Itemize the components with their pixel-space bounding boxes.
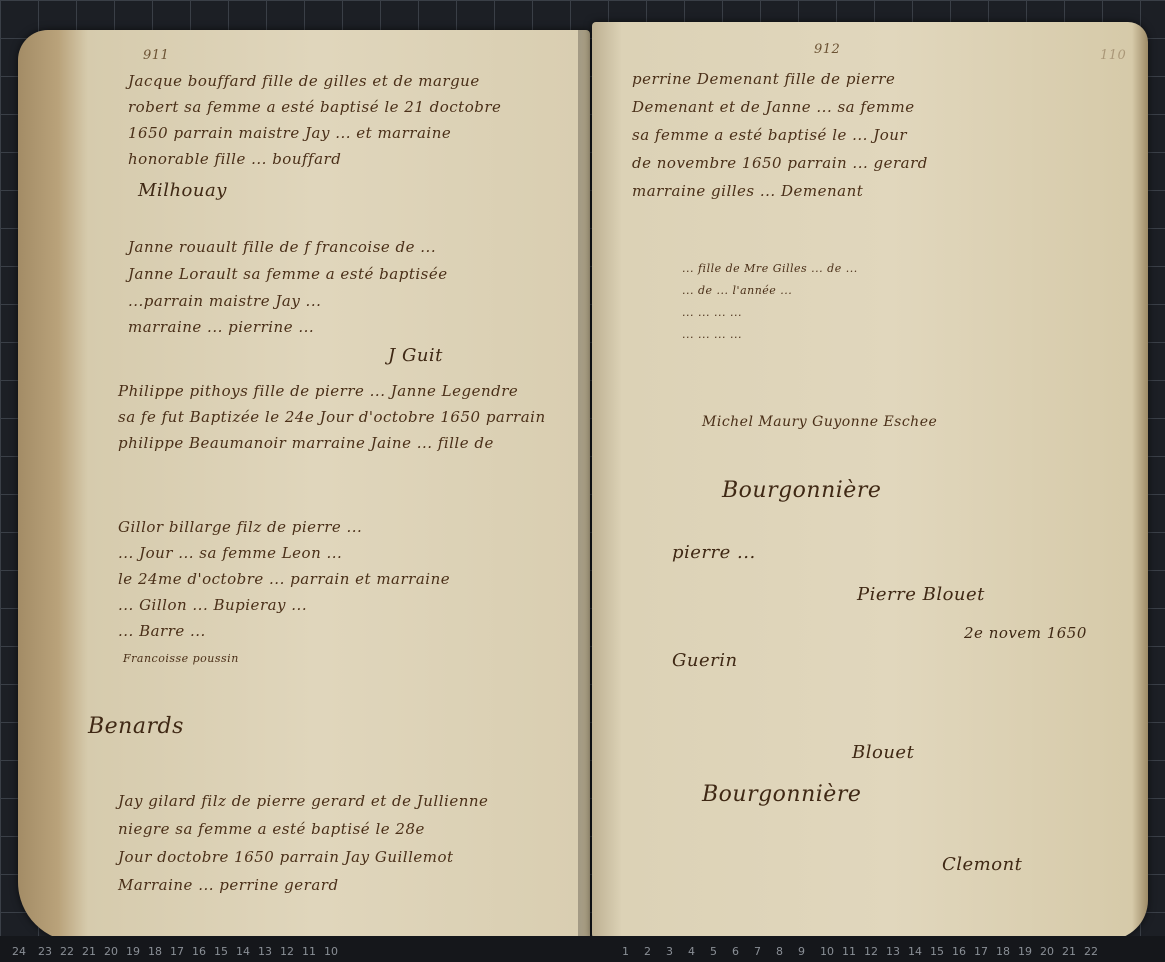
signature: 2e novem 1650 — [964, 624, 1087, 642]
ruler-number: 20 — [1040, 945, 1054, 958]
entry-line: Jay gilard filz de pierre gerard et de J… — [118, 792, 488, 810]
entry-line: ... Gillon ... Bupieray ... — [118, 596, 307, 614]
ruler-number: 2 — [644, 945, 651, 958]
ruler-number: 11 — [842, 945, 856, 958]
ruler-number: 4 — [688, 945, 695, 958]
ruler-number: 13 — [886, 945, 900, 958]
signature: Benards — [88, 714, 184, 739]
entry-line: ... ... ... ... — [682, 306, 742, 319]
ruler-number: 14 — [908, 945, 922, 958]
entry-line: ... Barre ... — [118, 622, 206, 640]
entry-line: Janne rouault fille de f francoise de ..… — [128, 238, 436, 256]
ruler-number: 18 — [996, 945, 1010, 958]
signature: Clemont — [942, 854, 1022, 875]
entry-line: philippe Beaumanoir marraine Jaine ... f… — [118, 434, 494, 452]
entry-line: Jacque bouffard fille de gilles et de ma… — [128, 72, 480, 90]
ruler-number: 15 — [930, 945, 944, 958]
entry-line: ... ... ... ... — [682, 328, 742, 341]
entry-line: Janne Lorault sa femme a esté baptisée — [128, 265, 448, 283]
signature: Pierre Blouet — [857, 584, 985, 605]
signature: Blouet — [852, 742, 914, 763]
signature: Francoisse poussin — [123, 652, 239, 665]
ruler-number: 19 — [126, 945, 140, 958]
ruler-number: 21 — [1062, 945, 1076, 958]
ruler-number: 8 — [776, 945, 783, 958]
ruler-number: 7 — [754, 945, 761, 958]
signature: Michel Maury Guyonne Eschee — [702, 414, 937, 430]
signature: J Guit — [388, 345, 443, 366]
ruler-number: 15 — [214, 945, 228, 958]
entry-line: niegre sa femme a esté baptisé le 28e — [118, 820, 425, 838]
signature: pierre ... — [672, 542, 756, 563]
signature: Milhouay — [138, 180, 227, 201]
left-page: 911 Jacque bouffard fille de gilles et d… — [18, 30, 590, 942]
ruler-number: 1 — [622, 945, 629, 958]
ruler-number: 17 — [170, 945, 184, 958]
ruler-number: 16 — [952, 945, 966, 958]
entry-line: ... Jour ... sa femme Leon ... — [118, 544, 342, 562]
ruler-number: 19 — [1018, 945, 1032, 958]
ruler-number: 10 — [820, 945, 834, 958]
ruler-number: 12 — [864, 945, 878, 958]
entry-line: honorable fille ... bouffard — [128, 150, 341, 168]
entry-line: Gillor billarge filz de pierre ... — [118, 518, 362, 536]
entry-line: Marraine ... perrine gerard — [118, 876, 339, 894]
entry-line: Jour doctobre 1650 parrain Jay Guillemot — [118, 848, 454, 866]
folio-mark: 110 — [1100, 48, 1126, 63]
ruler-number: 9 — [798, 945, 805, 958]
entry-line: ... de ... l'année ... — [682, 284, 792, 297]
ruler-number: 23 — [38, 945, 52, 958]
page-number-left: 911 — [143, 48, 169, 63]
signature: Guerin — [672, 650, 738, 671]
entry-line: ...parrain maistre Jay ... — [128, 292, 321, 310]
ruler-number: 20 — [104, 945, 118, 958]
ruler-number: 11 — [302, 945, 316, 958]
ruler-number: 10 — [324, 945, 338, 958]
ruler-number: 3 — [666, 945, 673, 958]
entry-line: sa fe fut Baptizée le 24e Jour d'octobre… — [118, 408, 546, 426]
entry-line: sa femme a esté baptisé le ... Jour — [632, 126, 907, 144]
ruler-number: 17 — [974, 945, 988, 958]
entry-line: perrine Demenant fille de pierre — [632, 70, 895, 88]
ruler-number: 13 — [258, 945, 272, 958]
entry-line: 1650 parrain maistre Jay ... et marraine — [128, 124, 451, 142]
ruler-number: 6 — [732, 945, 739, 958]
entry-line: robert sa femme a esté baptisé le 21 doc… — [128, 98, 501, 116]
entry-line: marraine ... pierrine ... — [128, 318, 314, 336]
entry-line: de novembre 1650 parrain ... gerard — [632, 154, 928, 172]
entry-line: Demenant et de Janne ... sa femme — [632, 98, 915, 116]
entry-line: marraine gilles ... Demenant — [632, 182, 863, 200]
ruler-number: 22 — [1084, 945, 1098, 958]
ruler-number: 22 — [60, 945, 74, 958]
ruler-number: 5 — [710, 945, 717, 958]
ruler-number: 12 — [280, 945, 294, 958]
entry-line: le 24me d'octobre ... parrain et marrain… — [118, 570, 450, 588]
ruler-number: 24 — [12, 945, 26, 958]
page-number-right: 912 — [814, 42, 840, 57]
entry-line: ... fille de Mre Gilles ... de ... — [682, 262, 858, 275]
ruler-number: 21 — [82, 945, 96, 958]
signature: Bourgonnière — [722, 478, 881, 503]
ruler: 24 23 22 21 20 19 18 17 16 15 14 13 12 1… — [0, 936, 1165, 962]
ruler-number: 18 — [148, 945, 162, 958]
right-page: 912 110 perrine Demenant fille de pierre… — [592, 22, 1148, 940]
signature: Bourgonnière — [702, 782, 861, 807]
ruler-number: 14 — [236, 945, 250, 958]
entry-line: Philippe pithoys fille de pierre ... Jan… — [118, 382, 518, 400]
ruler-number: 16 — [192, 945, 206, 958]
